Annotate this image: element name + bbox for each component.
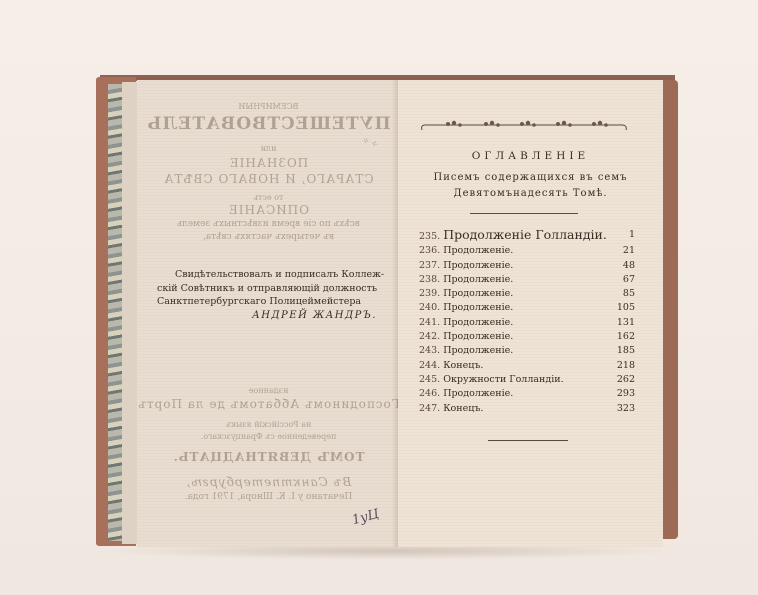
closing-rule <box>488 440 568 441</box>
toc-page-number: 21 <box>609 244 635 258</box>
toc-row: 243. Продолженіе.185 <box>419 344 635 358</box>
ghost-line: въ четырехъ частяхъ свѣта, <box>137 232 400 242</box>
toc-page-number: 48 <box>609 259 635 273</box>
ghost-line: или <box>137 144 400 153</box>
toc-entry-title: Окружности Голландіи. <box>443 374 563 385</box>
certificate-line: Свидѣтельствовалъ и подписалъ Коллеж- <box>157 268 397 282</box>
toc-row: 235. Продолженіе Голландіи.1 <box>419 228 635 244</box>
toc-entry-title: Конецъ. <box>443 403 483 414</box>
toc-page-number: 105 <box>609 301 635 315</box>
censor-certificate: Свидѣтельствовалъ и подписалъ Коллеж- ск… <box>157 268 397 322</box>
toc-page-number: 85 <box>609 287 635 301</box>
certificate-line: скій Совѣтникъ и отправляющій должность <box>157 282 397 296</box>
marbled-endpaper <box>108 84 122 541</box>
ghost-line: Господиномъ Аббатомъ де ла Портъ <box>137 397 400 411</box>
toc-row: 245. Окружности Голландіи.262 <box>419 373 635 387</box>
toc-entry-title: Продолженіе. <box>443 302 513 313</box>
toc-heading: ОГЛАВЛЕНІЕ <box>398 150 663 162</box>
ghost-line: ВСЕМИРНЫЙ <box>137 102 400 111</box>
ghost-line: СТАРАГО, И НОВАГО СВѢТА <box>137 172 400 186</box>
toc-entry-title: Продолженіе. <box>443 274 513 285</box>
ghost-line: всѣхъ по сіе время извѣстныхъ земель <box>137 219 400 229</box>
toc-entry-title: Продолженіе. <box>443 345 513 356</box>
signature: АНДРЕЙ ЖАНДРЪ. <box>157 309 397 323</box>
toc-row: 247. Конецъ.323 <box>419 402 635 416</box>
toc-entry-title: Продолженіе. <box>443 260 513 271</box>
toc-row: 242. Продолженіе.162 <box>419 330 635 344</box>
ghost-line: Печатано у І. К. Шнора, 1791 года. <box>137 492 400 502</box>
ghost-line: ПУТЕШЕСТВОВАТЕЛЬ <box>137 114 400 134</box>
toc-entry-title: Продолженіе. <box>443 331 513 342</box>
toc-entry-title: Продолженіе. <box>443 388 513 399</box>
toc-page-number: 293 <box>609 387 635 401</box>
ghost-line: переведенное съ Французскаго. <box>137 432 400 441</box>
toc-row: 237. Продолженіе.48 <box>419 259 635 273</box>
toc-entry-title: Продолженіе Голландіи. <box>443 227 607 242</box>
toc-page-number: 131 <box>609 316 635 330</box>
ghost-line: ОПИСАНІЕ <box>137 203 400 217</box>
toc-row: 238. Продолженіе.67 <box>419 273 635 287</box>
toc-page-number: 323 <box>609 402 635 416</box>
ghost-line: то есть <box>137 193 400 202</box>
divider-rule <box>470 213 578 214</box>
ghost-line: изданное <box>137 386 400 395</box>
toc-entry-title: Продолженіе. <box>443 245 513 256</box>
ghost-line: Въ Санктпетербургѣ, <box>137 475 400 489</box>
toc-list: 235. Продолженіе Голландіи.1 236. Продол… <box>419 228 635 416</box>
toc-subheading-line1: Писемъ содержащихся въ семъ <box>398 172 663 183</box>
toc-page-number: 162 <box>609 330 635 344</box>
certificate-line: Санктпетербургскаго Полицеймейстера <box>157 295 397 309</box>
toc-entry-title: Конецъ. <box>443 360 483 371</box>
toc-row: 236. Продолженіе.21 <box>419 244 635 258</box>
toc-row: 246. Продолженіе.293 <box>419 387 635 401</box>
ghost-line: на Россійскій языкъ <box>137 420 400 429</box>
toc-page-number: 185 <box>609 344 635 358</box>
toc-row: 244. Конецъ.218 <box>419 359 635 373</box>
toc-subheading-line2: Девятомънадесять Томѣ. <box>398 188 663 199</box>
toc-row: 240. Продолженіе.105 <box>419 301 635 315</box>
toc-row: 239. Продолженіе.85 <box>419 287 635 301</box>
toc-page-number: 218 <box>609 359 635 373</box>
ghost-line: ПОЗНАНІЕ <box>137 156 400 170</box>
toc-row: 241. Продолженіе.131 <box>419 316 635 330</box>
ghost-line: ТОМЪ ДЕВЯТНАДЦАТЬ. <box>137 450 400 464</box>
toc-page-number: 1 <box>609 228 635 244</box>
toc-page-number: 262 <box>609 373 635 387</box>
decorative-headpiece-icon <box>418 118 630 134</box>
toc-entry-title: Продолженіе. <box>443 317 513 328</box>
toc-page-number: 67 <box>609 273 635 287</box>
toc-entry-title: Продолженіе. <box>443 288 513 299</box>
